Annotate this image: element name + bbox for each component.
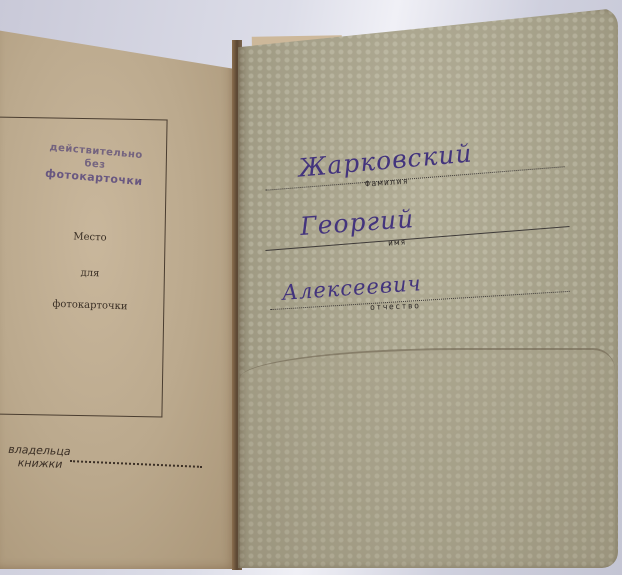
page-pocket-fold bbox=[240, 348, 615, 568]
owner-label-line-2: книжки bbox=[8, 456, 71, 471]
name-label: имя bbox=[388, 237, 408, 247]
patronymic-label: отчество bbox=[370, 301, 421, 312]
owner-signature-label: владельца книжки bbox=[8, 443, 71, 471]
